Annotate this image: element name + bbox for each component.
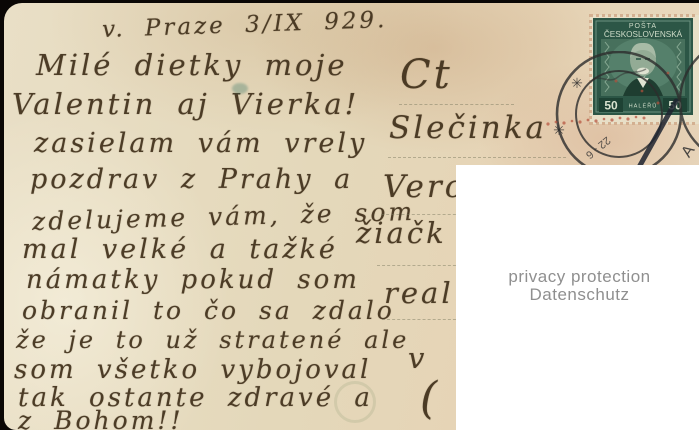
postmark-letter: A	[678, 142, 698, 161]
ink-bleed-mark	[232, 83, 248, 94]
address-line: (	[420, 377, 440, 421]
privacy-overlay: privacy protection Datenschutz	[456, 165, 699, 430]
address-line: real	[384, 279, 454, 308]
message-line: zasielam vám vrely	[34, 130, 367, 157]
postmark-star-icon: ✳	[553, 123, 565, 139]
message-line: Milé dietky moje	[36, 51, 348, 80]
address-ruling-line	[381, 214, 461, 215]
privacy-text-en: privacy protection	[456, 267, 699, 287]
postmark-time-text: 22 - 6	[583, 134, 612, 161]
postmark-cancellation: ✳ ✳ 22 - 6 A	[546, 51, 699, 181]
message-line: obranil to čo sa zdalo	[22, 298, 395, 323]
address-ruling-line	[388, 157, 566, 158]
postcard-paper: v. Praze 3/IX 929. Milé dietky moje Vale…	[4, 3, 699, 430]
address-line: Slečinka	[389, 113, 547, 144]
message-line: že je to už stratené ale	[16, 328, 409, 352]
embossed-mark	[334, 381, 376, 423]
address-line: Vero	[383, 172, 466, 203]
message-line: pozdrav z Prahy a	[30, 166, 353, 193]
message-line: Valentin aj Vierka!	[12, 90, 359, 119]
privacy-text-de: Datenschutz	[456, 285, 699, 305]
postcard-photo: v. Praze 3/IX 929. Milé dietky moje Vale…	[0, 0, 699, 430]
address-line: v	[408, 344, 427, 373]
ink-slash-mark	[638, 101, 676, 169]
address-ruling-line	[382, 319, 461, 320]
address-line: žiačk	[356, 219, 447, 248]
message-line: z Bohom!!	[18, 408, 184, 430]
handwritten-date: v. Praze 3/IX 929.	[102, 9, 388, 42]
address-ruling-line	[399, 104, 514, 105]
message-line: námatky pokud som	[26, 267, 360, 293]
address-ruling-line	[377, 265, 461, 266]
message-line: som všetko vybojoval	[14, 357, 371, 383]
stamp-country-line1: POŠTA	[629, 21, 657, 30]
postmark-star-icon: ✳	[571, 76, 583, 92]
address-line: Ct	[400, 55, 453, 95]
message-line: mal velké a tažké	[22, 236, 338, 263]
stamp-country-line2: ČESKOSLOVENSKÁ	[604, 29, 683, 39]
